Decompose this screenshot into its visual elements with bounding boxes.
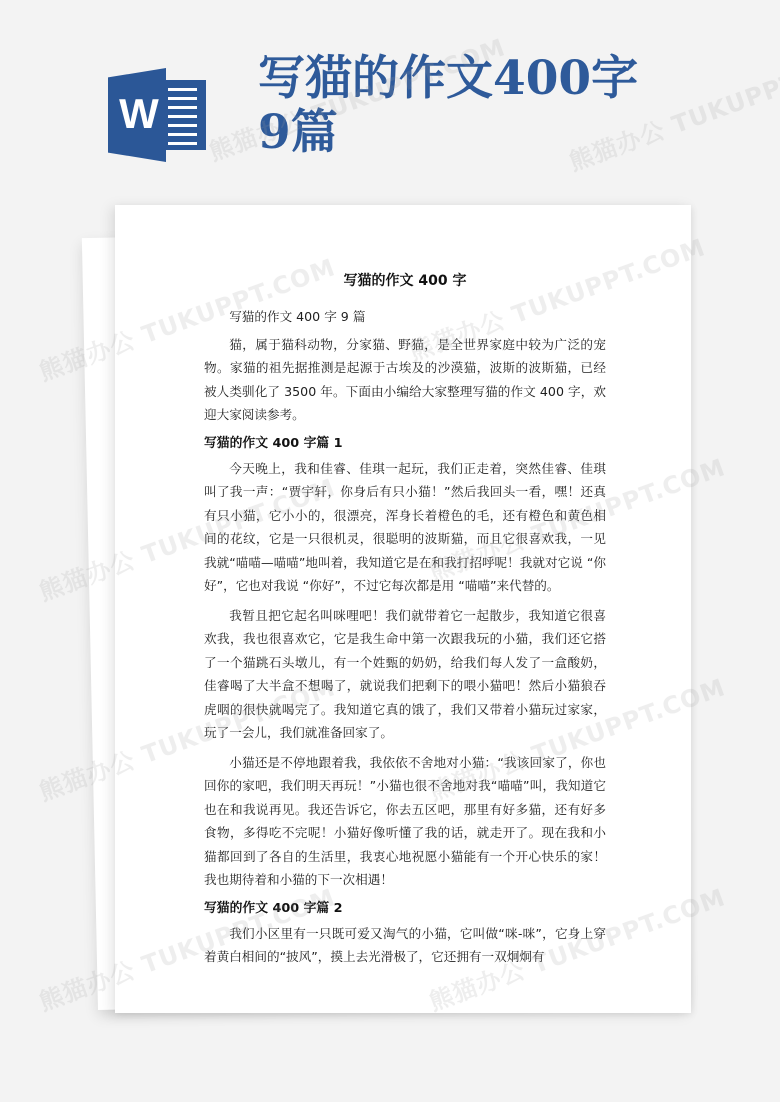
section-heading-1: 写猫的作文 400 字篇 1 bbox=[204, 433, 606, 455]
header: W 写猫的作文400字9篇 bbox=[0, 0, 780, 200]
document-page: 写猫的作文 400 字 写猫的作文 400 字 9 篇 猫，属于猫科动物，分家猫… bbox=[115, 205, 691, 1013]
section-heading-2: 写猫的作文 400 字篇 2 bbox=[204, 898, 606, 920]
document-content: 写猫的作文 400 字 写猫的作文 400 字 9 篇 猫，属于猫科动物，分家猫… bbox=[204, 271, 606, 975]
word-icon-letter: W bbox=[117, 92, 161, 136]
section-1-paragraph: 小猫还是不停地跟着我，我依依不舍地对小猫：“我该回家了，你也回你的家吧，我们明天… bbox=[204, 751, 606, 892]
word-icon-document-lines bbox=[164, 80, 206, 150]
document-title: 写猫的作文 400 字 bbox=[204, 271, 606, 291]
word-document-icon: W bbox=[108, 68, 208, 162]
section-1-paragraph: 我暂且把它起名叫咪哩吧！我们就带着它一起散步，我知道它很喜欢我，我也很喜欢它，它… bbox=[204, 604, 606, 745]
page-title: 写猫的作文400字9篇 bbox=[258, 52, 658, 160]
section-2-paragraph: 我们小区里有一只既可爱又淘气的小猫，它叫做“咪-咪”，它身上穿着黄白相间的“披风… bbox=[204, 922, 606, 969]
section-1-paragraph: 今天晚上，我和佳睿、佳琪一起玩，我们正走着，突然佳睿、佳琪叫了我一声：“贾宇轩，… bbox=[204, 457, 606, 598]
intro-paragraph: 猫，属于猫科动物，分家猫、野猫，是全世界家庭中较为广泛的宠物。家猫的祖先据推测是… bbox=[204, 333, 606, 427]
document-subtitle: 写猫的作文 400 字 9 篇 bbox=[204, 305, 606, 329]
